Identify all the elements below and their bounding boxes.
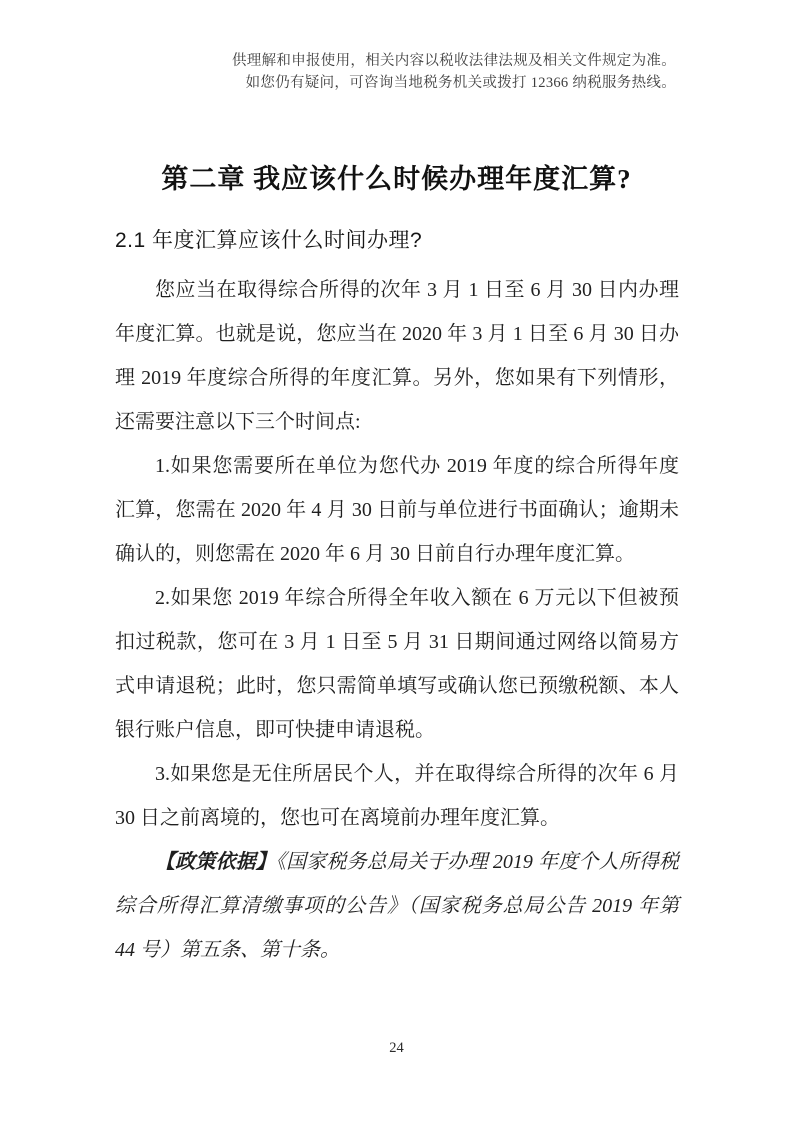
paragraph-item-2: 2.如果您 2019 年综合所得全年收入额在 6 万元以下但被预扣过税款，您可在…: [115, 576, 679, 752]
policy-reference: 【政策依据】《国家税务总局关于办理 2019 年度个人所得税综合所得汇算清缴事项…: [115, 840, 679, 972]
chapter-title: 第二章 我应该什么时候办理年度汇算?: [0, 163, 793, 195]
paragraph-intro: 您应当在取得综合所得的次年 3 月 1 日至 6 月 30 日内办理年度汇算。也…: [115, 268, 679, 444]
paragraph-item-3: 3.如果您是无住所居民个人，并在取得综合所得的次年 6 月 30 日之前离境的，…: [115, 752, 679, 840]
page-header: 供理解和申报使用，相关内容以税收法律法规及相关文件规定为准。 如您仍有疑问，可咨…: [0, 51, 676, 94]
page-number: 24: [0, 1040, 793, 1057]
body-text: 您应当在取得综合所得的次年 3 月 1 日至 6 月 30 日内办理年度汇算。也…: [115, 268, 679, 972]
section-heading: 2.1 年度汇算应该什么时间办理?: [115, 228, 422, 253]
document-page: 供理解和申报使用，相关内容以税收法律法规及相关文件规定为准。 如您仍有疑问，可咨…: [0, 0, 793, 1122]
policy-reference-label: 【政策依据】: [155, 851, 276, 873]
header-disclaimer-line-2: 如您仍有疑问，可咨询当地税务机关或拨打 12366 纳税服务热线。: [0, 73, 676, 95]
paragraph-item-1: 1.如果您需要所在单位为您代办 2019 年度的综合所得年度汇算，您需在 202…: [115, 444, 679, 576]
header-disclaimer-line-1: 供理解和申报使用，相关内容以税收法律法规及相关文件规定为准。: [0, 51, 676, 73]
